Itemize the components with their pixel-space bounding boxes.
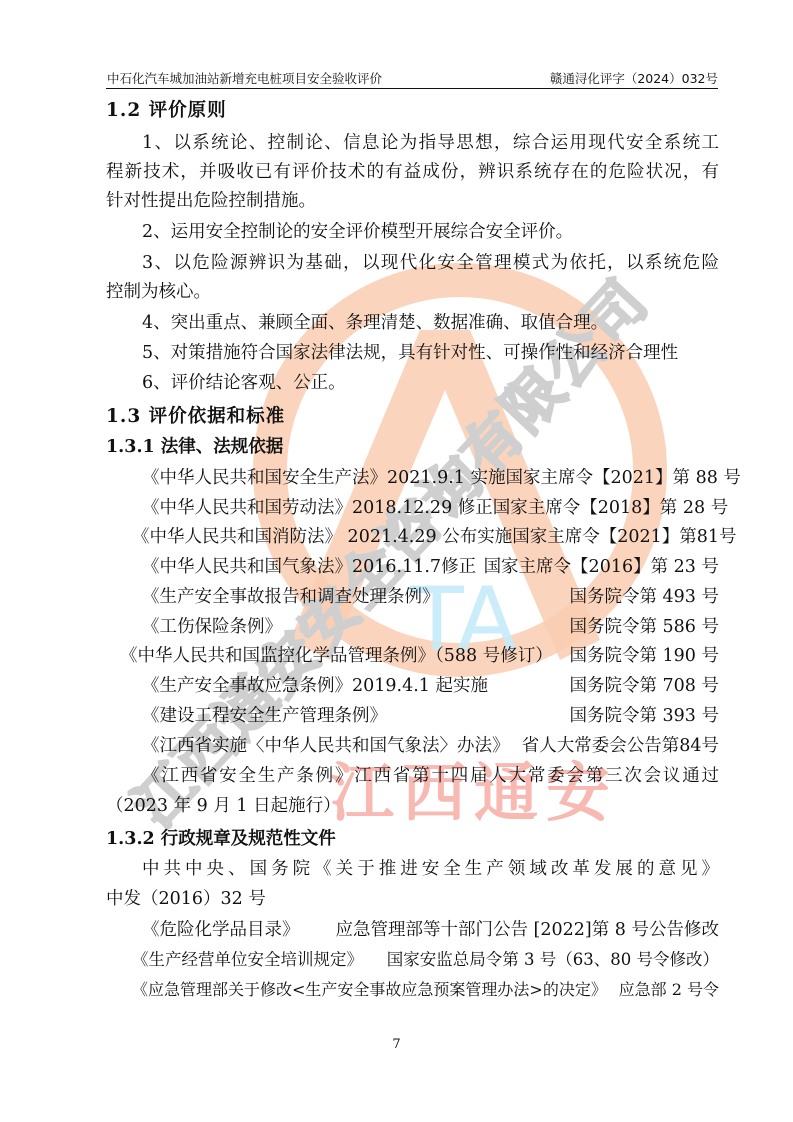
principle-3-line-2: 控制为核心。	[106, 281, 211, 303]
principle-5: 5、对策措施符合国家法律法规，具有针对性、可操作性和经济合理性	[142, 342, 678, 364]
report-title: 中石化汽车城加油站新增充电桩项目安全验收评价	[107, 71, 382, 87]
law-item: 《中华人民共和国劳动法》2018.12.29 修正 国家主席令【2018】第 2…	[142, 497, 719, 519]
regulation-name: 《生产经营单位安全培训规定》	[132, 949, 363, 971]
regulation-reference: 国家安监总局令第 3 号（63、80 号令修改）	[387, 949, 719, 971]
running-header: 中石化汽车城加油站新增充电桩项目安全验收评价 赣通浔化评字（2024）032号	[106, 70, 718, 89]
law-item: 《生产安全事故报告和调查处理条例》 国务院令第 493 号	[142, 586, 719, 608]
law-name: 《生产安全事故应急条例》2019.4.1 起实施	[142, 675, 488, 697]
subsection-heading-1-3-1: 1.3.1 法律、法规依据	[106, 436, 283, 458]
report-number: 赣通浔化评字（2024）032号	[550, 71, 718, 87]
principle-3-line-1: 3、以危险源辨识为基础，以现代化安全管理模式为依托，以系统危险	[142, 252, 719, 274]
law-reference: 国家主席令【2021】第 88 号	[506, 467, 741, 489]
law-item: 《生产安全事故应急条例》2019.4.1 起实施 国务院令第 708 号	[142, 675, 719, 697]
section-heading-1-3: 1.3 评价依据和标准	[106, 406, 285, 428]
law-reference: 国务院令第 393 号	[569, 705, 719, 727]
law-reference: 省人大常委会公告第84号	[522, 735, 719, 757]
law-reference: 国家主席令【2021】第81号	[512, 526, 736, 548]
law-item: 《中华人民共和国消防法》 2021.4.29 公布实施 国家主席令【2021】第…	[132, 526, 719, 548]
principle-4: 4、突出重点、兼顾全面、条理清楚、数据准确、取值合理。	[142, 312, 608, 334]
law-name: 《中华人民共和国监控化学品管理条例》（588 号修订）	[120, 645, 553, 667]
law-name: 《中华人民共和国气象法》2016.11.7修正	[142, 556, 476, 578]
law-item: 《建设工程安全生产管理条例》 国务院令第 393 号	[142, 705, 719, 727]
principle-1-line-3: 针对性提出危险控制措施。	[106, 190, 316, 212]
law-reference: 国务院令第 493 号	[569, 586, 719, 608]
regulation-item: 《生产经营单位安全培训规定》 国家安监总局令第 3 号（63、80 号令修改）	[132, 949, 719, 971]
law-item: 《江西省安全生产条例》江西省第十四届人大常委会第三次会议通过	[142, 765, 719, 787]
law-item-continuation: （2023 年 9 月 1 日起施行）	[106, 795, 341, 817]
principle-2: 2、运用安全控制论的安全评价模型开展综合安全评价。	[142, 221, 573, 243]
document-page: 中石化汽车城加油站新增充电桩项目安全验收评价 赣通浔化评字（2024）032号 …	[0, 0, 793, 1122]
law-name: 《生产安全事故报告和调查处理条例》	[142, 586, 440, 608]
principle-1-line-1: 1、以系统论、控制论、信息论为指导思想，综合运用现代安全系统工	[142, 132, 719, 154]
law-item: 《中华人民共和国安全生产法》2021.9.1 实施 国家主席令【2021】第 8…	[142, 467, 719, 489]
regulation-reference: 应急部 2 号令	[619, 979, 719, 1001]
subsection-heading-1-3-2: 1.3.2 行政规章及规范性文件	[106, 828, 336, 850]
section-heading-1-2: 1.2 评价原则	[106, 100, 227, 122]
regulation-name: 《危险化学品目录》	[142, 919, 300, 941]
regulation-item: 《应急管理部关于修改<生产安全事故应急预案管理办法>的决定》 应急部 2 号令	[132, 979, 719, 1001]
regulation-name: 《应急管理部关于修改<生产安全事故应急预案管理办法>的决定》	[132, 979, 607, 1001]
law-item: 《工伤保险条例》 国务院令第 586 号	[142, 616, 719, 638]
principle-1-line-2: 程新技术，并吸收已有评价技术的有益成份，辨识系统存在的危险状况，有	[106, 161, 719, 183]
regulation-item-line-1: 中共中央、国务院《关于推进安全生产领域改革发展的意见》	[142, 858, 719, 880]
law-item: 《中华人民共和国监控化学品管理条例》（588 号修订） 国务院令第 190 号	[120, 645, 719, 667]
regulation-reference: 应急管理部等十部门公告 [2022]第 8 号公告修改	[335, 919, 719, 941]
page-number: 7	[0, 1037, 793, 1052]
law-name: 《中华人民共和国消防法》 2021.4.29 公布实施	[132, 526, 512, 548]
law-reference: 国务院令第 190 号	[569, 645, 719, 667]
law-name: 《建设工程安全生产管理条例》	[142, 705, 387, 727]
law-name: 《中华人民共和国安全生产法》2021.9.1 实施	[142, 467, 506, 489]
regulation-item: 《危险化学品目录》 应急管理部等十部门公告 [2022]第 8 号公告修改	[142, 919, 719, 941]
law-name: 《工伤保险条例》	[142, 616, 282, 638]
law-item: 《江西省实施〈中华人民共和国气象法〉办法》 省人大常委会公告第84号	[142, 735, 719, 757]
law-reference: 国务院令第 586 号	[569, 616, 719, 638]
law-name: 《江西省实施〈中华人民共和国气象法〉办法》	[142, 735, 510, 757]
law-name: 《中华人民共和国劳动法》2018.12.29 修正	[142, 497, 493, 519]
law-reference: 国家主席令【2016】第 23 号	[484, 556, 719, 578]
law-item: 《中华人民共和国气象法》2016.11.7修正 国家主席令【2016】第 23 …	[142, 556, 719, 578]
principle-6: 6、评价结论客观、公正。	[142, 372, 346, 394]
regulation-item-line-2: 中发（2016）32 号	[106, 888, 266, 910]
law-reference: 国务院令第 708 号	[569, 675, 719, 697]
law-reference: 国家主席令【2018】第 28 号	[493, 497, 728, 519]
